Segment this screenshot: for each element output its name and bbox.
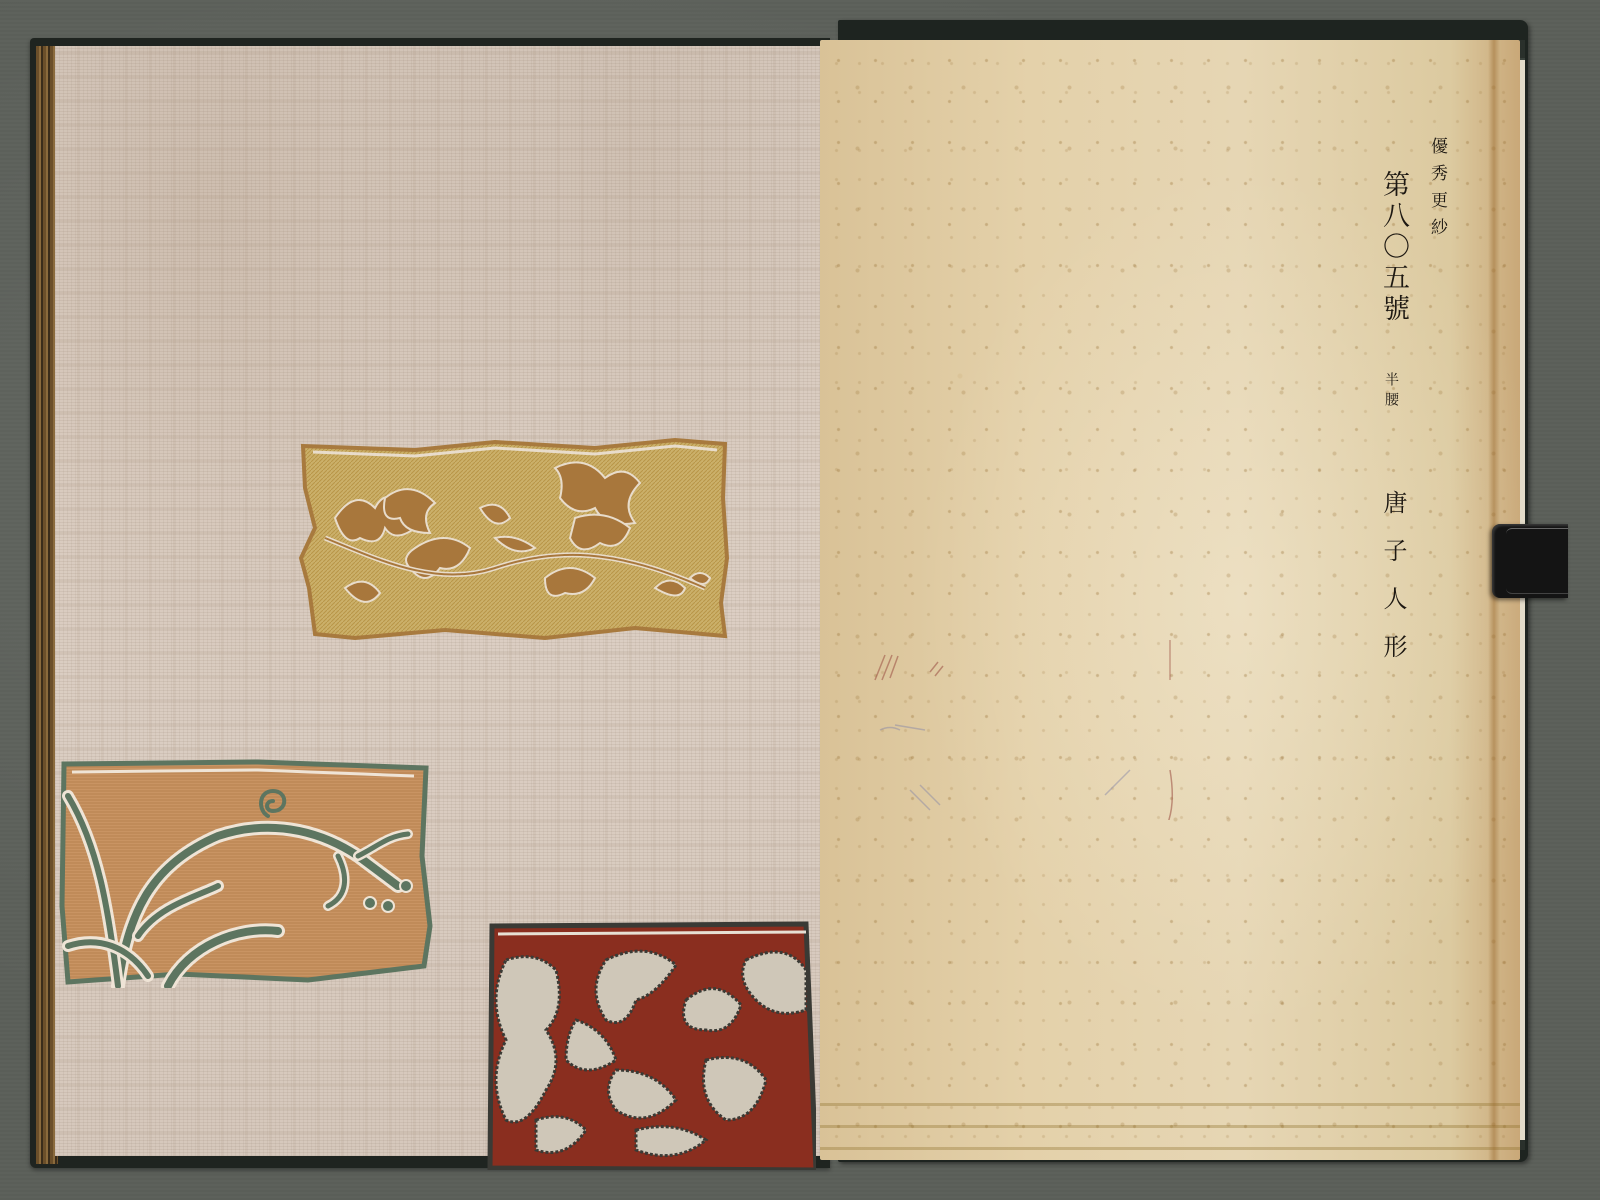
design-name: 唐子人形: [1376, 490, 1411, 682]
sample-number: 第八〇五號: [1380, 170, 1407, 325]
page-foot-stain: [820, 1100, 1520, 1160]
faint-ink-marks: [850, 580, 1300, 820]
green-vine-swatch: [58, 756, 436, 988]
red-floral-swatch: [486, 920, 816, 1170]
page-edge-stain: [1488, 40, 1500, 1160]
black-binder-clip: [1492, 524, 1568, 598]
series-title: 優秀更紗: [1425, 137, 1450, 245]
gold-floral-swatch: [295, 438, 735, 643]
sample-category: 半腰: [1381, 372, 1401, 412]
